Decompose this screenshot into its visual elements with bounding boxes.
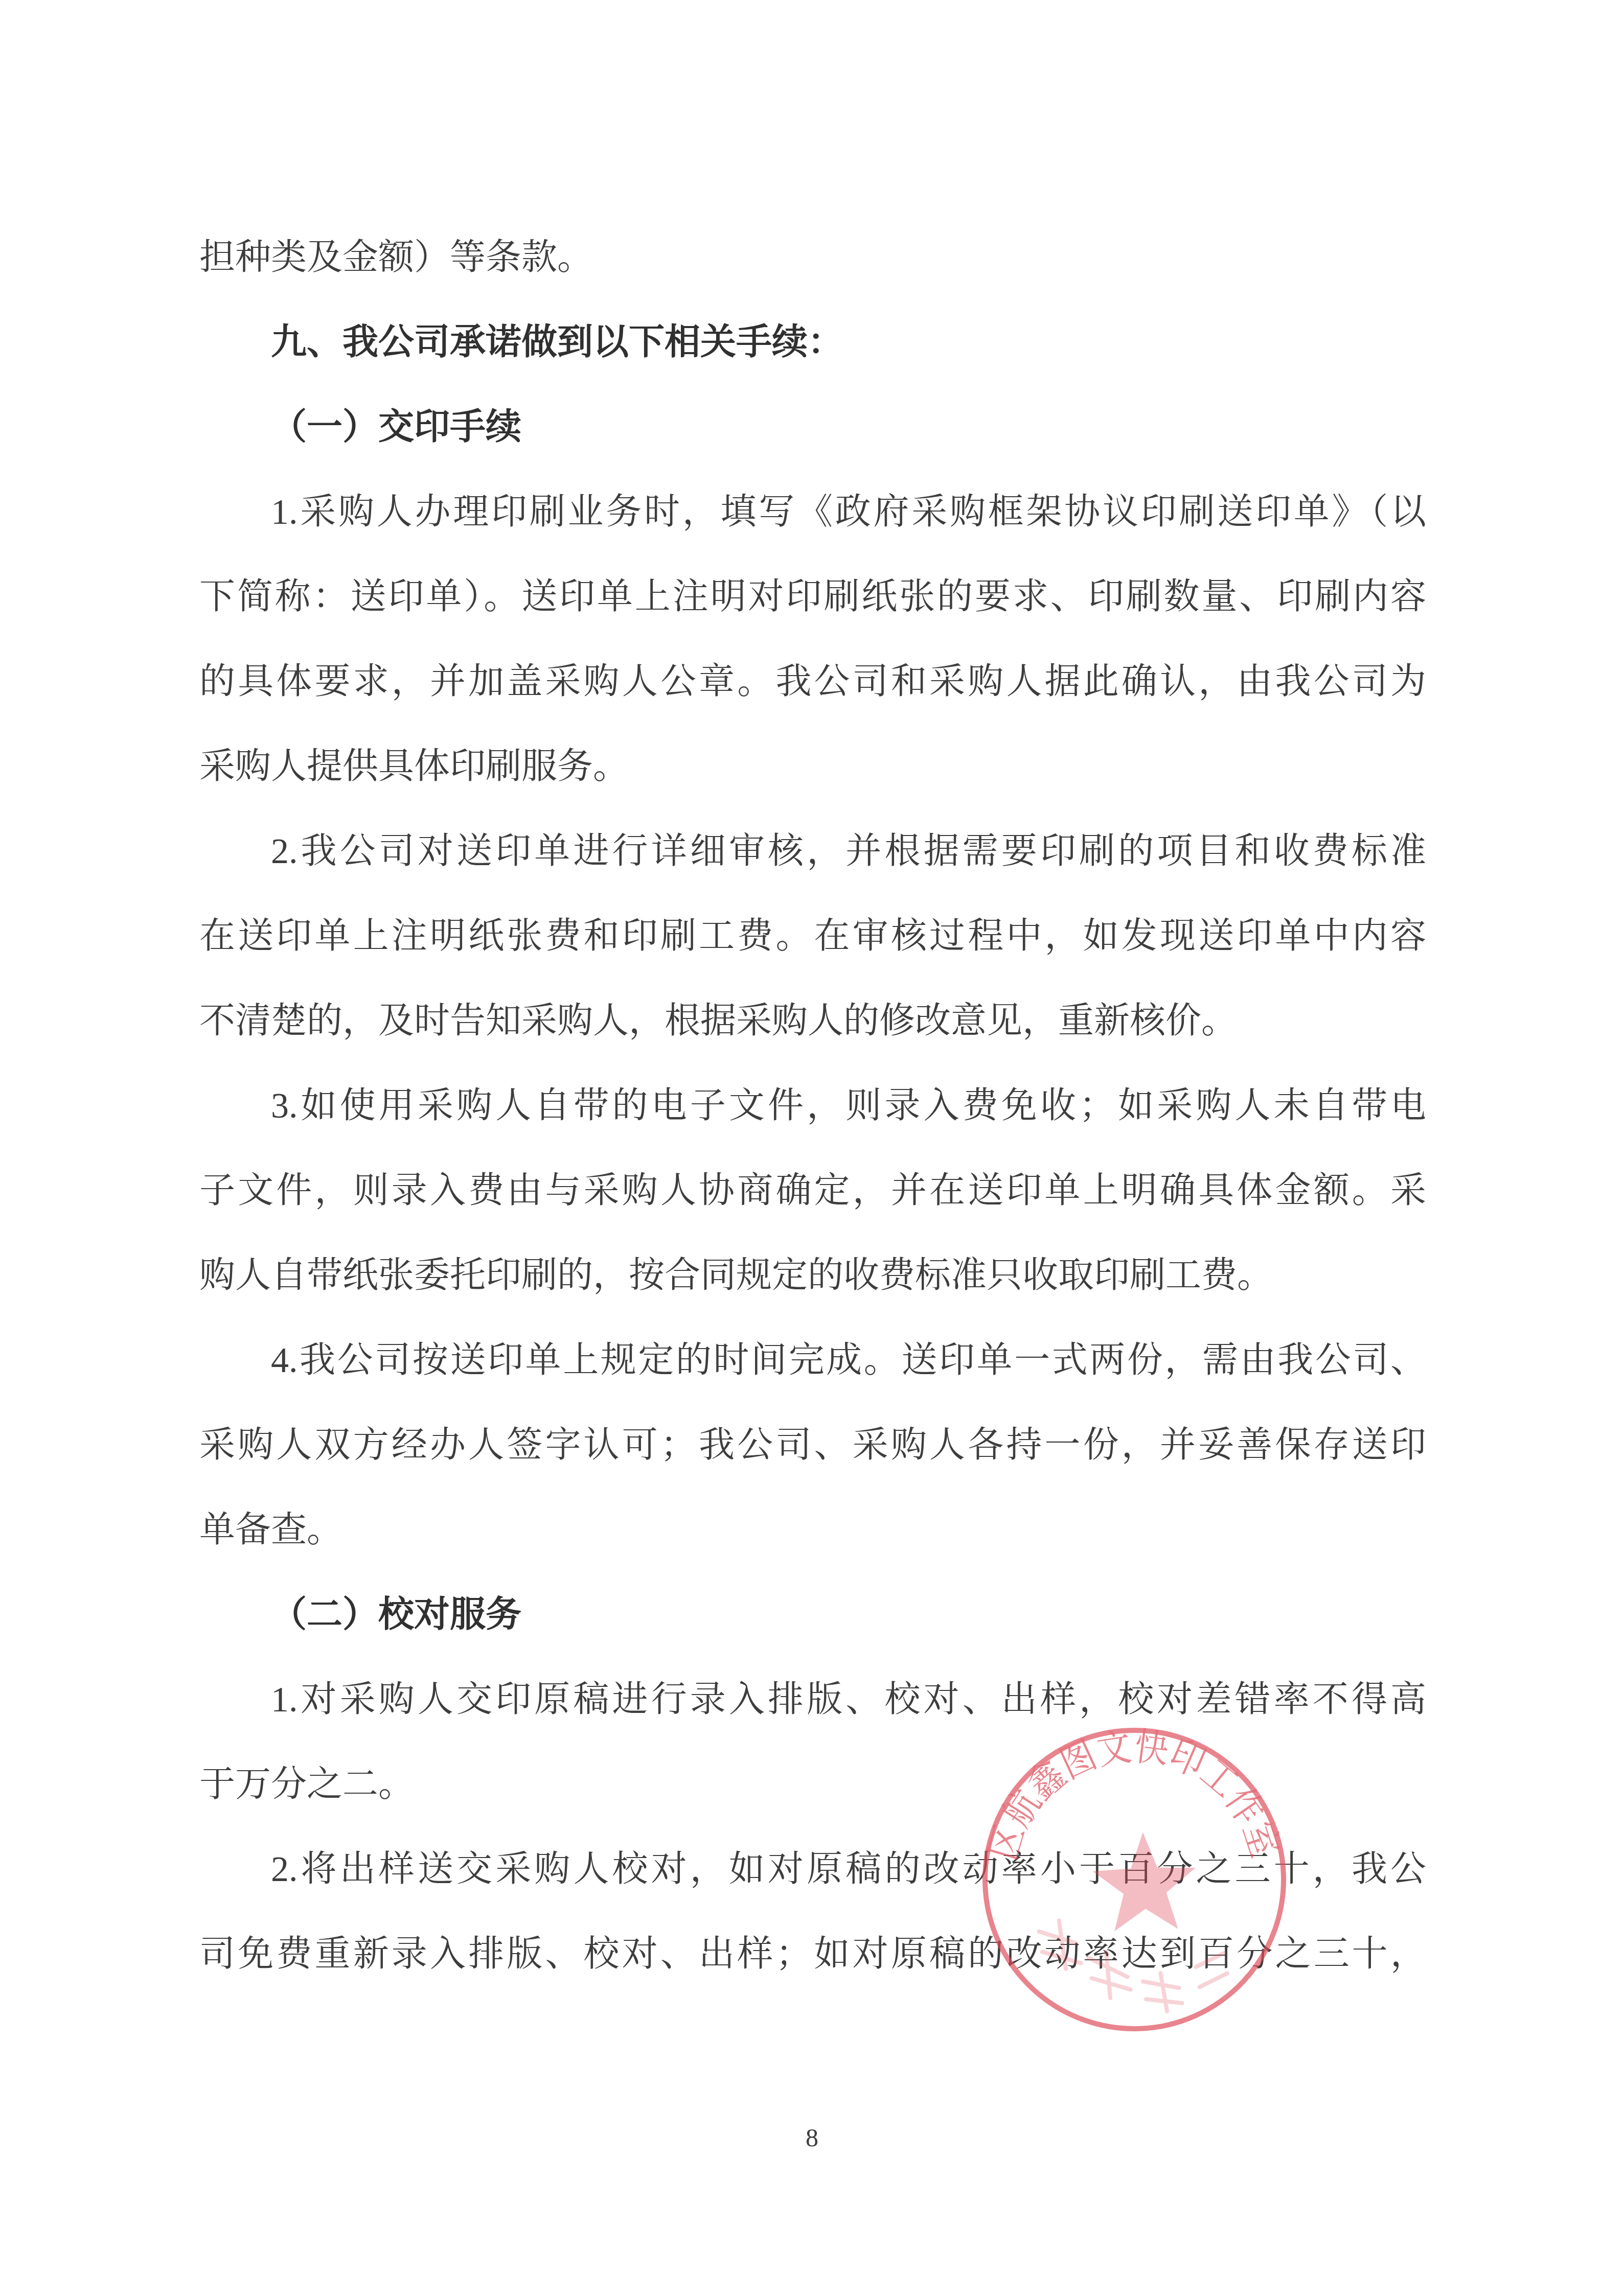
text-line: 3.如使用采购人自带的电子文件，则录入费免收；如采购人未自带电 [199, 1064, 1426, 1149]
text-line: 2.将出样送交采购人校对，如对原稿的改动率小于百分之三十，我公 [199, 1827, 1426, 1912]
section-heading: （一）交印手续 [199, 385, 1426, 470]
text-line: 2.我公司对送印单进行详细审核，并根据需要印刷的项目和收费标准 [199, 809, 1426, 894]
text-line: 1.对采购人交印原稿进行录入排版、校对、出样，校对差错率不得高 [199, 1658, 1426, 1743]
text-line: 购人自带纸张委托印刷的，按合同规定的收费标准只收取印刷工费。 [199, 1234, 1426, 1318]
text-line: 担种类及金额）等条款。 [199, 216, 1426, 300]
document-body: 担种类及金额）等条款。 九、我公司承诺做到以下相关手续： （一）交印手续 1.采… [199, 216, 1426, 1997]
document-page: 担种类及金额）等条款。 九、我公司承诺做到以下相关手续： （一）交印手续 1.采… [0, 0, 1624, 2296]
section-heading: （二）校对服务 [199, 1573, 1426, 1658]
text-line: 采购人双方经办人签字认可；我公司、采购人各持一份，并妥善保存送印 [199, 1403, 1426, 1488]
text-line: 子文件，则录入费由与采购人协商确定，并在送印单上明确具体金额。采 [199, 1149, 1426, 1234]
text-line: 在送印单上注明纸张费和印刷工费。在审核过程中，如发现送印单中内容 [199, 894, 1426, 979]
text-line: 采购人提供具体印刷服务。 [199, 725, 1426, 809]
text-line: 4.我公司按送印单上规定的时间完成。送印单一式两份，需由我公司、 [199, 1318, 1426, 1403]
text-line: 司免费重新录入排版、校对、出样；如对原稿的改动率达到百分之三十， [199, 1912, 1426, 1997]
section-heading: 九、我公司承诺做到以下相关手续： [199, 300, 1426, 385]
text-line: 1.采购人办理印刷业务时，填写《政府采购框架协议印刷送印单》（以 [199, 470, 1426, 555]
text-line: 不清楚的，及时告知采购人，根据采购人的修改意见，重新核价。 [199, 979, 1426, 1064]
text-line: 的具体要求，并加盖采购人公章。我公司和采购人据此确认，由我公司为 [199, 640, 1426, 725]
text-line: 下简称：送印单）。送印单上注明对印刷纸张的要求、印刷数量、印刷内容 [199, 555, 1426, 640]
text-line: 单备查。 [199, 1488, 1426, 1573]
text-line: 于万分之二。 [199, 1743, 1426, 1827]
page-number: 8 [0, 2109, 1624, 2166]
